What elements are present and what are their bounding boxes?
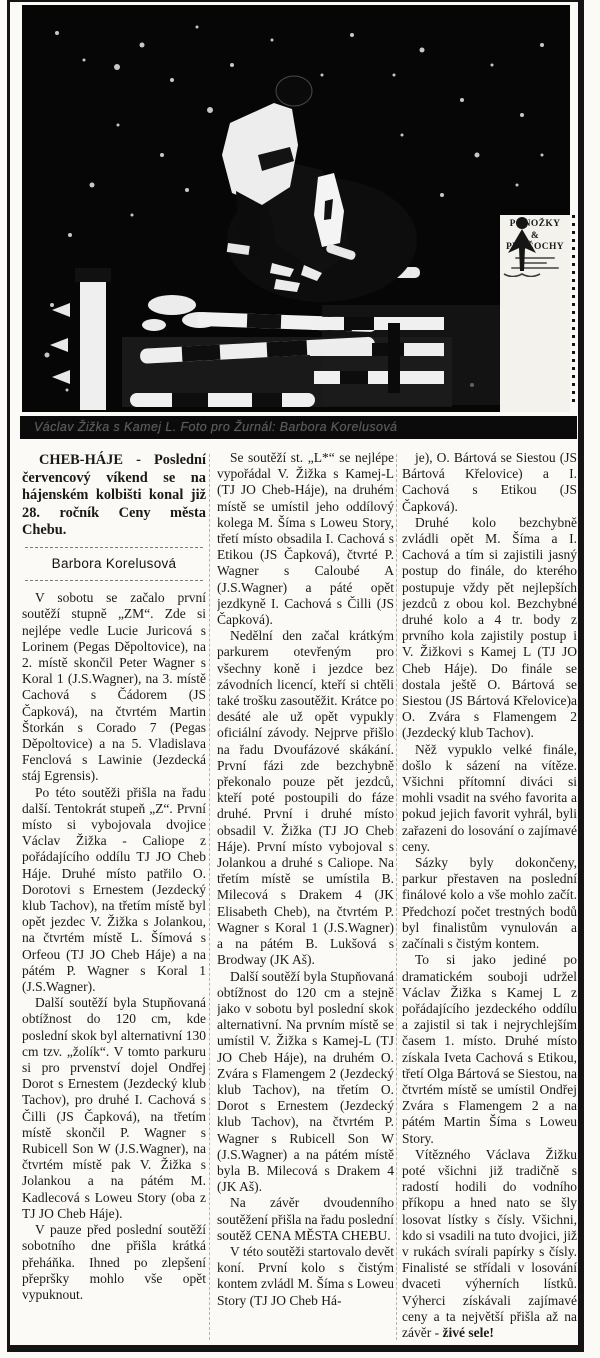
byline-rule bbox=[25, 580, 203, 581]
paragraph: Sázky byly dokončeny, parkur přestaven n… bbox=[402, 855, 577, 952]
paragraph: To si jako jediné po dramatickém souboji… bbox=[402, 952, 577, 1146]
photo-art bbox=[22, 5, 570, 412]
paragraph: Další soutěží byla Stupňovaná obtížnost … bbox=[22, 995, 206, 1222]
paragraph: Se soutěží st. „L*“ se nejlépe vypořádal… bbox=[217, 450, 394, 628]
photo-caption: Václav Žižka s Kamej L. Foto pro Žurnál:… bbox=[20, 416, 577, 439]
final-text: Vítězného Václava Žižku poté všichni již… bbox=[402, 1147, 577, 1340]
paragraph: Nedělní den začal krátkým parkurem otevř… bbox=[217, 628, 394, 968]
paragraph: V sobotu se začalo první soutěží stupně … bbox=[22, 590, 206, 784]
paragraph: V této soutěži startovalo devět koní. Pr… bbox=[217, 1244, 394, 1309]
newspaper-page: PONOŽKY & PUNČOCHY Václav Žižka s Kamej … bbox=[0, 0, 600, 1358]
paragraph: V pauze před poslední soutěží sobotního … bbox=[22, 1222, 206, 1303]
article-column-2: Se soutěží st. „L*“ se nejlépe vypořádal… bbox=[217, 450, 394, 1346]
article-column-1: CHEB-HÁJE - Poslední červencový víkend s… bbox=[22, 450, 206, 1346]
film-perforation-marks bbox=[572, 215, 575, 407]
byline-block: Barbora Korelusová bbox=[22, 547, 206, 581]
article-lead: CHEB-HÁJE - Poslední červencový víkend s… bbox=[22, 452, 206, 540]
paragraph: Po této soutěži přišla na řadu další. Te… bbox=[22, 785, 206, 996]
article-column-3: je), O. Bártová se Siestou (JS Bártová K… bbox=[402, 450, 577, 1346]
poster-figure-icon bbox=[500, 215, 544, 277]
paragraph: Něž vypuklo velké finále, došlo k sázení… bbox=[402, 742, 577, 855]
paragraph: Další soutěží byla Stupňovaná obtížnost … bbox=[217, 969, 394, 1196]
byline: Barbora Korelusová bbox=[22, 548, 206, 580]
paragraph: Na závěr dvoudenního soutěžení přišla na… bbox=[217, 1195, 394, 1244]
column-rule bbox=[209, 454, 210, 1340]
paragraph: Druhé kolo bezchybně zvládli opět M. Ším… bbox=[402, 515, 577, 742]
column-rule bbox=[396, 454, 397, 1340]
article-photo: PONOŽKY & PUNČOCHY bbox=[22, 5, 570, 412]
final-bold-text: živé sele! bbox=[442, 1325, 493, 1340]
advert-poster: PONOŽKY & PUNČOCHY bbox=[500, 215, 570, 412]
paragraph: je), O. Bártová se Siestou (JS Bártová K… bbox=[402, 450, 577, 515]
paragraph-final: Vítězného Václava Žižku poté všichni již… bbox=[402, 1147, 577, 1341]
